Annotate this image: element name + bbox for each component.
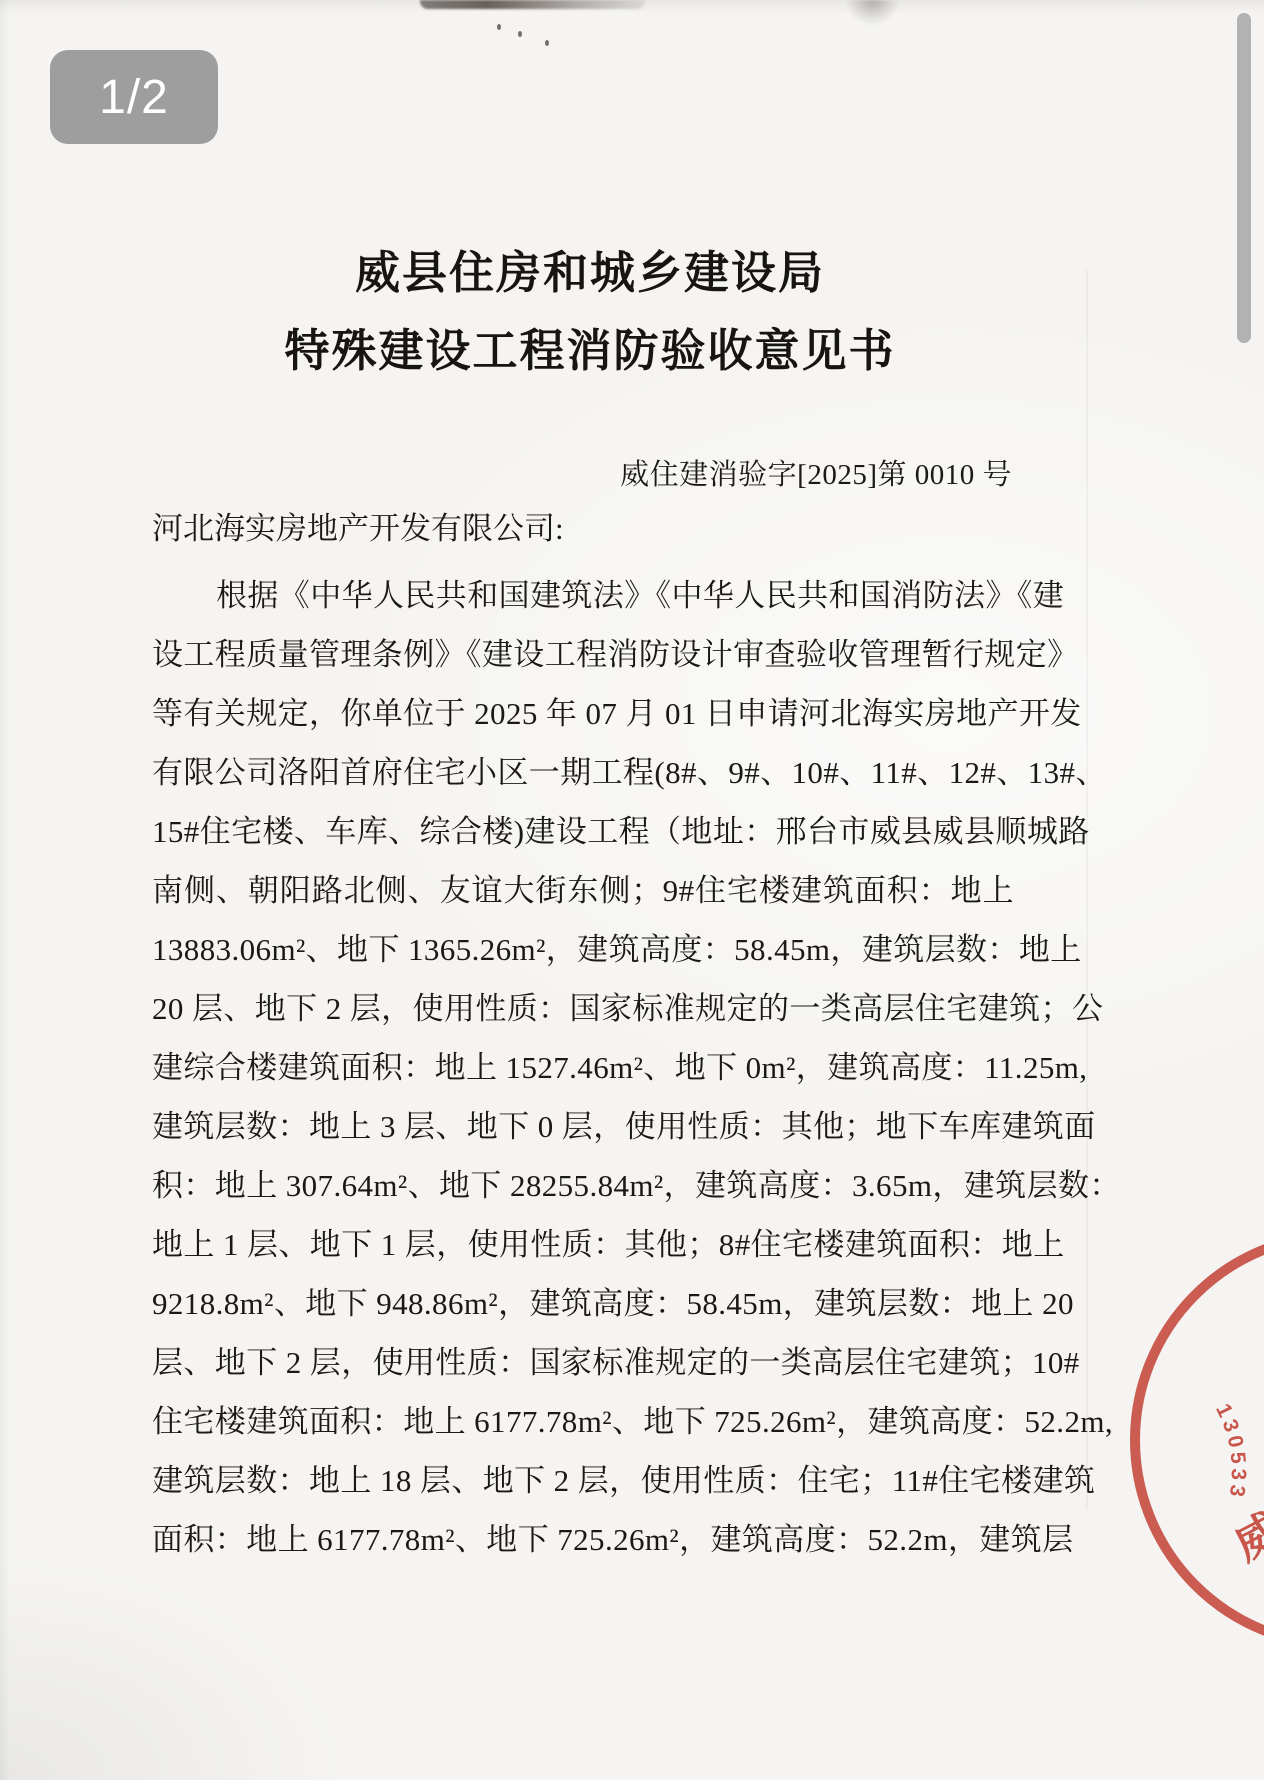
scan-speck: [518, 31, 522, 37]
document-title-line2: 特殊建设工程消防验收意见书: [100, 314, 1080, 379]
body-line: 13883.06m²、地下 1365.26m²，建筑高度：58.45m，建筑层数…: [152, 920, 1014, 979]
document-number: 威住建消验字[2025]第 0010 号: [150, 452, 1012, 493]
page-indicator-badge: 1/2: [50, 50, 218, 144]
body-line: 有限公司洛阳首府住宅小区一期工程(8#、9#、10#、11#、12#、13#、: [152, 743, 1014, 802]
document-title-line1: 威县住房和城乡建设局: [100, 236, 1080, 301]
scrollbar[interactable]: [1237, 13, 1251, 343]
seal-number: 1305330: [1095, 1215, 1250, 1502]
document-body: 根据《中华人民共和国建筑法》《中华人民共和国消防法》《建 设工程质量管理条例》《…: [152, 566, 1014, 1569]
page-indicator-label: 1/2: [99, 70, 169, 125]
scan-speck: [497, 24, 501, 30]
body-line: 层、地下 2 层，使用性质：国家标准规定的一类高层住宅建筑；10#: [152, 1333, 1014, 1392]
scan-smudge-top: [420, 0, 645, 9]
scan-speck: [545, 40, 549, 46]
body-line: 设工程质量管理条例》《建设工程消防设计审查验收管理暂行规定》: [152, 625, 1014, 684]
addressee: 河北海实房地产开发有限公司:: [152, 503, 564, 548]
body-line: 南侧、朝阳路北侧、友谊大街东侧；9#住宅楼建筑面积：地上: [152, 861, 1014, 920]
body-line: 积：地上 307.64m²、地下 28255.84m²，建筑高度：3.65m，建…: [152, 1156, 1014, 1215]
body-line: 面积：地上 6177.78m²、地下 725.26m²，建筑高度：52.2m，建…: [152, 1510, 1014, 1569]
body-line: 根据《中华人民共和国建筑法》《中华人民共和国消防法》《建: [152, 566, 1014, 625]
body-line: 等有关规定，你单位于 2025 年 07 月 01 日申请河北海实房地产开发: [152, 684, 1014, 743]
official-seal-icon: 威县住房和城 1305330: [1095, 1215, 1264, 1685]
body-line: 建综合楼建筑面积：地上 1527.46m²、地下 0m²，建筑高度：11.25m…: [152, 1038, 1014, 1097]
body-line: 15#住宅楼、车库、综合楼)建设工程（地址：邢台市威县威县顺城路: [152, 802, 1014, 861]
body-line: 20 层、地下 2 层，使用性质：国家标准规定的一类高层住宅建筑；公: [152, 979, 1014, 1038]
body-line: 住宅楼建筑面积：地上 6177.78m²、地下 725.26m²，建筑高度：52…: [152, 1392, 1014, 1451]
body-line: 地上 1 层、地下 1 层，使用性质：其他；8#住宅楼建筑面积：地上: [152, 1215, 1014, 1274]
body-line: 建筑层数：地上 3 层、地下 0 层，使用性质：其他；地下车库建筑面: [152, 1097, 1014, 1156]
paper-fold-edge: [1086, 270, 1088, 1510]
document-photo: 威县住房和城乡建设局 特殊建设工程消防验收意见书 威住建消验字[2025]第 0…: [0, 0, 1264, 1780]
body-line: 9218.8m²、地下 948.86m²，建筑高度：58.45m，建筑层数：地上…: [152, 1274, 1014, 1333]
body-line: 建筑层数：地上 18 层、地下 2 层，使用性质：住宅；11#住宅楼建筑: [152, 1451, 1014, 1510]
scan-smudge-top-right: [845, 0, 900, 26]
svg-text:1305330: 1305330: [1095, 1215, 1250, 1502]
